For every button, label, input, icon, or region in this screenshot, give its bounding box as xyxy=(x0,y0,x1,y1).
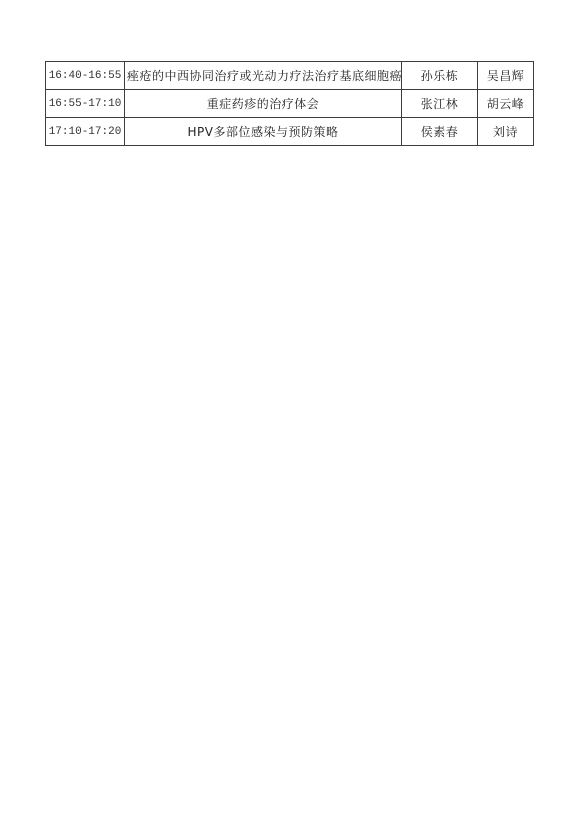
document-page: 16:40-16:55痤疮的中西协同治疗或光动力疗法治疗基底细胞癌孙乐栋吴昌辉1… xyxy=(0,0,575,816)
session-row: 16:55-17:10重症药疹的治疗体会张江林胡云峰 xyxy=(46,90,534,118)
speaker-cell: 孙乐栋 xyxy=(402,62,478,90)
time-cell: 17:10-17:20 xyxy=(46,118,125,146)
schedule-table-body: 16:40-16:55痤疮的中西协同治疗或光动力疗法治疗基底细胞癌孙乐栋吴昌辉1… xyxy=(46,62,534,146)
title-cell: 重症药疹的治疗体会 xyxy=(125,90,402,118)
time-cell: 16:40-16:55 xyxy=(46,62,125,90)
title-cell: 痤疮的中西协同治疗或光动力疗法治疗基底细胞癌 xyxy=(125,62,402,90)
time-cell: 16:55-17:10 xyxy=(46,90,125,118)
chair-cell: 吴昌辉 xyxy=(478,62,534,90)
session-row: 17:10-17:20HPV多部位感染与预防策略侯素春刘诗 xyxy=(46,118,534,146)
speaker-cell: 侯素春 xyxy=(402,118,478,146)
speaker-cell: 张江林 xyxy=(402,90,478,118)
schedule-table: 16:40-16:55痤疮的中西协同治疗或光动力疗法治疗基底细胞癌孙乐栋吴昌辉1… xyxy=(45,61,534,146)
title-cell: HPV多部位感染与预防策略 xyxy=(125,118,402,146)
chair-cell: 刘诗 xyxy=(478,118,534,146)
chair-cell: 胡云峰 xyxy=(478,90,534,118)
session-row: 16:40-16:55痤疮的中西协同治疗或光动力疗法治疗基底细胞癌孙乐栋吴昌辉 xyxy=(46,62,534,90)
